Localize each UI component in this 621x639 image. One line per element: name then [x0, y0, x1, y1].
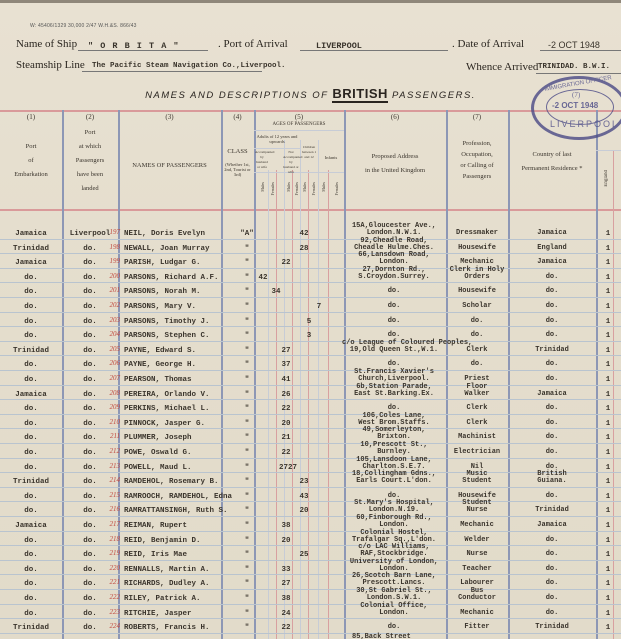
port-embarkation: do. [0, 288, 62, 296]
country-line: Jamaica [508, 259, 596, 266]
col7-header: Profession, Occupation, or Calling of Pa… [446, 138, 508, 182]
entry-number: 198 [100, 243, 120, 251]
proposed-address: 6b,Station Parade,East St.Barking.Ex. [342, 384, 446, 398]
port-arrival-label: . Port of Arrival [218, 38, 288, 50]
passenger-age: 27 [279, 580, 293, 588]
entry-number: 202 [100, 301, 120, 309]
entry-number: 214 [100, 476, 120, 484]
occupation: Clerk [446, 347, 508, 354]
country-line: Trinidad [508, 624, 596, 631]
entry-number: 223 [100, 608, 120, 616]
occupation-line: Student [446, 478, 508, 485]
country-line: do. [508, 493, 596, 500]
port-embarkation: do. [0, 580, 62, 588]
passenger-age: 43 [297, 493, 311, 501]
passenger-name: RILEY, Patrick A. [124, 595, 201, 603]
occupation: Dressmaker [446, 230, 508, 237]
england-count: 1 [602, 624, 614, 632]
proposed-address: do. [342, 318, 446, 325]
col7-line: Passengers [446, 171, 508, 182]
england-count: 1 [602, 274, 614, 282]
country-line: do. [508, 595, 596, 602]
port-embarkation: Jamaica [0, 391, 62, 399]
country-residence: do. [508, 551, 596, 558]
port-embarkation: Trinidad [0, 478, 62, 486]
occupation-line: Teacher [446, 566, 508, 573]
country-residence: do. [508, 537, 596, 544]
england-count: 1 [602, 376, 614, 384]
col6-line: Proposed Address [344, 150, 446, 164]
passenger-age: 5 [302, 318, 316, 326]
passenger-class: " [235, 566, 259, 574]
trailing-address: 85,Back Street [352, 633, 411, 639]
whence-label: Whence Arrived [466, 61, 538, 73]
occupation: Clerk in HolyOrders [446, 267, 508, 281]
passenger-name: PARISH, Ludgar G. [124, 259, 201, 267]
country-line: do. [508, 420, 596, 427]
address-line: do. [342, 288, 446, 295]
entry-number: 211 [100, 432, 120, 440]
occupation-line: Clerk [446, 405, 508, 412]
col4-header: CLASS [221, 145, 254, 159]
passenger-name: PARSONS, Timothy J. [124, 318, 210, 326]
passenger-age: 20 [297, 507, 311, 515]
eng-subheader-rule [596, 150, 621, 151]
passenger-class: "A" [235, 230, 259, 238]
occupation-line: Nurse [446, 507, 508, 514]
occupation-line: Machinist [446, 434, 508, 441]
page-edge [0, 0, 621, 3]
proposed-address: 30,St Gabriel St.,London.S.W.1. [342, 588, 446, 602]
occupation: Mechanic [446, 610, 508, 617]
port-embarkation: do. [0, 507, 62, 515]
passenger-age: 27 [279, 347, 293, 355]
country-line: Guiana. [508, 478, 596, 485]
port-embarkation: Jamaica [0, 230, 62, 238]
occupation-line: Welder [446, 537, 508, 544]
country-residence: Trinidad [508, 347, 596, 354]
ship-name-field: Name of Ship [16, 38, 77, 50]
passenger-age: 22 [279, 449, 293, 457]
country-residence: do. [508, 493, 596, 500]
occupation-line: Scholar [446, 303, 508, 310]
country-residence: Jamaica [508, 391, 596, 398]
proposed-address: 18,Collingham Gdns.,Earls Court.L'don. [342, 471, 446, 485]
country-residence: do. [508, 361, 596, 368]
passenger-class: " [235, 507, 259, 515]
col3-number: (3) [118, 113, 221, 121]
country-residence: do. [508, 332, 596, 339]
occupation: do. [446, 361, 508, 368]
passenger-class: " [235, 391, 259, 399]
country-residence: do. [508, 405, 596, 412]
port-embarkation: do. [0, 332, 62, 340]
england-count: 1 [602, 245, 614, 253]
entry-number: 209 [100, 403, 120, 411]
title-pre: NAMES AND DESCRIPTIONS OF [145, 90, 328, 101]
entry-number: 199 [100, 257, 120, 265]
title-post: PASSENGERS. [392, 90, 476, 101]
country-line: do. [508, 449, 596, 456]
occupation: Clerk [446, 405, 508, 412]
col2-line: at which [62, 140, 118, 154]
england-count: 1 [602, 493, 614, 501]
england-count: 1 [602, 537, 614, 545]
port-embarkation: do. [0, 420, 62, 428]
address-line: S.Croydon.Surrey. [342, 274, 446, 281]
proposed-address: University of London,London. [342, 559, 446, 573]
address-line: London.S.W.1. [342, 595, 446, 602]
proposed-address: 92,Cheadle Road,Cheadle Hulme.Ches. [342, 238, 446, 252]
entry-number: 208 [100, 389, 120, 397]
header-bottom-rule [0, 209, 621, 211]
england-count: 1 [602, 332, 614, 340]
males-label: Males [286, 182, 291, 192]
occupation: do. [446, 318, 508, 325]
england-count: 1 [602, 434, 614, 442]
col2-header: Port at which Passengers have been lande… [62, 126, 118, 196]
country-line: do. [508, 361, 596, 368]
country-line: do. [508, 405, 596, 412]
passenger-age: 24 [279, 610, 293, 618]
address-line: 19,Old Queen St.,W.1. [342, 347, 446, 354]
entry-number: 219 [100, 549, 120, 557]
address-line: Burnley. [342, 449, 446, 456]
age-subheader-rule [254, 148, 300, 149]
passenger-age: 22 [279, 259, 293, 267]
occupation: Welder [446, 537, 508, 544]
whence-arrived-value: TRINIDAD. B.W.I. [538, 63, 610, 71]
address-line: do. [342, 303, 446, 310]
passenger-name: PINNOCK, Jasper G. [124, 420, 205, 428]
col1-line: of [0, 154, 62, 168]
occupation-line: do. [446, 361, 508, 368]
england-count: 1 [602, 230, 614, 238]
proposed-address: St.Francis Xavier'sChurch,Liverpool. [342, 369, 446, 383]
england-count: 1 [602, 478, 614, 486]
country-line: Jamaica [508, 522, 596, 529]
address-line: Church,Liverpool. [342, 376, 446, 383]
occupation-line: Electrician [446, 449, 508, 456]
passenger-class: " [235, 537, 259, 545]
col4-number: (4) [221, 113, 254, 121]
col6-line: in the United Kingdom [344, 164, 446, 178]
entry-number: 197 [100, 228, 120, 236]
occupation: Nurse [446, 551, 508, 558]
passenger-name: REID, Iris Mae [124, 551, 187, 559]
country-residence: do. [508, 580, 596, 587]
proposed-address: c/o LAC Williams,RAF,Stockbridge. [342, 544, 446, 558]
country-residence: do. [508, 595, 596, 602]
port-embarkation: do. [0, 610, 62, 618]
passenger-name: REID, Benjamin D. [124, 537, 201, 545]
occupation: Electrician [446, 449, 508, 456]
country-line: do. [508, 288, 596, 295]
proposed-address: 106,Coles Lane,West Brom.Staffs. [342, 413, 446, 427]
port-embarkation: do. [0, 361, 62, 369]
passenger-class: " [235, 624, 259, 632]
country-line: Trinidad [508, 507, 596, 514]
port-embarkation: do. [0, 537, 62, 545]
occupation-line: do. [446, 318, 508, 325]
entry-number: 224 [100, 622, 120, 630]
passenger-class: " [235, 245, 259, 253]
passenger-age: 26 [279, 391, 293, 399]
passenger-age: 38 [279, 595, 293, 603]
entry-number: 204 [100, 330, 120, 338]
males-label: Males [321, 182, 326, 192]
port-embarkation: do. [0, 405, 62, 413]
proposed-address: 15A,Gloucester Ave.,London.N.W.1. [342, 223, 446, 237]
passenger-class: " [235, 347, 259, 355]
date-label: Date of Arrival [458, 38, 525, 50]
passenger-class: " [235, 464, 259, 472]
proposed-address: do. [342, 624, 446, 631]
col7-line: Occupation, [446, 149, 508, 160]
passenger-name: PAYNE, George H. [124, 361, 196, 369]
occupation: BusConductor [446, 588, 508, 602]
occupation-line: Orders [446, 274, 508, 281]
country-residence: do. [508, 420, 596, 427]
col3-header: NAMES OF PASSENGERS [118, 159, 221, 173]
passenger-name: NEIL, Doris Evelyn [124, 230, 205, 238]
col1-line: Port [0, 140, 62, 154]
accompanied-header: Accompanied by husband or wife [255, 150, 269, 170]
england-count: 1 [602, 303, 614, 311]
country-line: do. [508, 610, 596, 617]
passenger-age: 38 [279, 522, 293, 530]
occupation: StudentNurse [446, 500, 508, 514]
port-embarkation: do. [0, 318, 62, 326]
passenger-name: RAMROOCH, RAMDEHOL, Edna [124, 493, 232, 501]
proposed-address: do. [342, 288, 446, 295]
passenger-age: 25 [297, 551, 311, 559]
stamp-number: (7) [572, 91, 580, 99]
proposed-address: 26,Scotch Barn Lane,Prescott.Lancs. [342, 573, 446, 587]
port-embarkation: Trinidad [0, 245, 62, 253]
country-residence: do. [508, 449, 596, 456]
entry-number: 213 [100, 462, 120, 470]
country-residence: do. [508, 274, 596, 281]
col2-line: have been [62, 168, 118, 182]
occupation-line: Dressmaker [446, 230, 508, 237]
port-embarkation: do. [0, 274, 62, 282]
port-label: Port of Arrival [224, 38, 288, 50]
entry-number: 220 [100, 564, 120, 572]
col2-line: landed [62, 182, 118, 196]
proposed-address: Colonial Office,London. [342, 603, 446, 617]
port-embarkation: Trinidad [0, 624, 62, 632]
title-emphasis: BRITISH [332, 86, 388, 103]
country-line: do. [508, 274, 596, 281]
passenger-class: " [235, 551, 259, 559]
port-embarkation: Jamaica [0, 522, 62, 530]
england-count: 1 [602, 464, 614, 472]
passenger-age: 42 [297, 230, 311, 238]
passenger-age: 22 [279, 624, 293, 632]
children-header: Children between 1 and 12 [300, 145, 318, 160]
females-label: Females [334, 182, 339, 195]
country-residence: Trinidad [508, 507, 596, 514]
passenger-name: PARSONS, Stephen C. [124, 332, 210, 340]
proposed-address: 60,Finborough Rd.,London. [342, 515, 446, 529]
col2-number: (2) [62, 113, 118, 121]
age-subheader-rule [254, 130, 344, 131]
port-embarkation: do. [0, 464, 62, 472]
passenger-age: 20 [279, 537, 293, 545]
proposed-address: do. [342, 303, 446, 310]
port-embarkation: Jamaica [0, 259, 62, 267]
country-residence: Trinidad [508, 624, 596, 631]
steamship-line-value: The Pacific Steam Navigation Co.,Liverpo… [92, 62, 286, 70]
males-label: Males [260, 182, 265, 192]
country-line: do. [508, 537, 596, 544]
passenger-age: 42 [256, 274, 270, 282]
print-reference: W: 45406/1329 30,000 2/47 W.H.&S. 866/43 [30, 23, 137, 29]
passenger-age: 3 [302, 332, 316, 340]
country-residence: do. [508, 376, 596, 383]
passenger-class: " [235, 361, 259, 369]
port-embarkation: do. [0, 434, 62, 442]
england-count: 1 [602, 347, 614, 355]
country-line: do. [508, 551, 596, 558]
occupation-line: Nurse [446, 551, 508, 558]
passenger-name: ROBERTS, Francis H. [124, 624, 210, 632]
address-line: London. [342, 610, 446, 617]
entry-number: 201 [100, 286, 120, 294]
country-line: do. [508, 318, 596, 325]
col1-line: Embarkation [0, 168, 62, 182]
entry-number: 210 [100, 418, 120, 426]
entry-number: 212 [100, 447, 120, 455]
passenger-name: RICHARDS, Dudley A. [124, 580, 210, 588]
entry-number: 221 [100, 578, 120, 586]
passenger-class: " [235, 595, 259, 603]
stamp-city: LIVERPOOL [550, 119, 619, 129]
england-count: 1 [602, 595, 614, 603]
entry-number: 215 [100, 491, 120, 499]
country-line: Jamaica [508, 391, 596, 398]
proposed-address: 66,Lansdown Road,London. [342, 252, 446, 266]
passenger-name: PARSONS, Norah M. [124, 288, 201, 296]
england-count: 1 [602, 420, 614, 428]
col7-line: or Calling of [446, 160, 508, 171]
col5-header: AGES OF PASSENGERS [254, 122, 344, 127]
ship-label: Name of Ship [16, 38, 77, 50]
females-label: Females [294, 182, 299, 195]
passenger-age: 21 [279, 434, 293, 442]
country-residence: Jamaica [508, 259, 596, 266]
entry-number: 217 [100, 520, 120, 528]
country-residence: do. [508, 610, 596, 617]
passenger-class: " [235, 420, 259, 428]
not-accompanied-header: Not Accompanied by husband or wife [283, 150, 299, 175]
col2-line: Port [62, 126, 118, 140]
date-arrival-value: -2 OCT 1948 [548, 40, 600, 50]
occupation-line: Mechanic [446, 522, 508, 529]
immigration-stamp: IMMIGRATION OFFICER (7) -2 OCT 1948 LIVE… [531, 76, 621, 140]
address-line: do. [342, 624, 446, 631]
manifest-sheet: W: 45406/1329 30,000 2/47 W.H.&S. 866/43… [0, 0, 621, 639]
occupation: Priest [446, 376, 508, 383]
passenger-age: 2727 [279, 464, 293, 472]
passenger-age: 22 [279, 405, 293, 413]
col8-header: Country of last Permanent Residence * [508, 148, 596, 176]
england-count: 1 [602, 361, 614, 369]
passenger-age: 7 [312, 303, 326, 311]
passenger-class: " [235, 288, 259, 296]
occupation-line: Clerk [446, 347, 508, 354]
passenger-name: PEREIRA, Orlando V. [124, 391, 210, 399]
passenger-age: 33 [279, 566, 293, 574]
country-line: England [508, 245, 596, 252]
country-line: do. [508, 376, 596, 383]
proposed-address: St.Mary's Hospital,London.N.19. [342, 500, 446, 514]
adults-header: Adults of 12 years and upwards [256, 134, 298, 144]
col1-number: (1) [0, 113, 62, 121]
country-residence: do. [508, 566, 596, 573]
port-embarkation: do. [0, 551, 62, 559]
passenger-class: " [235, 259, 259, 267]
port-embarkation: do. [0, 595, 62, 603]
proposed-address: c/o League of Coloured Peoples,19,Old Qu… [342, 340, 446, 354]
passenger-name: RAMRATTANSINGH, Ruth S. [124, 507, 228, 515]
occupation: Machinist [446, 434, 508, 441]
col7-line: Profession, [446, 138, 508, 149]
occupation-line: Fitter [446, 624, 508, 631]
passenger-class: " [235, 449, 259, 457]
country-residence: do. [508, 303, 596, 310]
passenger-name: POWE, Oswald G. [124, 449, 192, 457]
occupation-line: Housewife [446, 288, 508, 295]
occupation: Housewife [446, 245, 508, 252]
occupation-line: Priest [446, 376, 508, 383]
stamp-date: -2 OCT 1948 [552, 101, 598, 110]
port-embarkation: do. [0, 449, 62, 457]
passenger-class: " [235, 580, 259, 588]
occupation-line: Walker [446, 391, 508, 398]
passenger-class: " [235, 610, 259, 618]
passenger-name: PARSONS, Richard A.F. [124, 274, 219, 282]
occupation: Clerk [446, 420, 508, 427]
entry-number: 218 [100, 535, 120, 543]
passenger-name: PLUMMER, Joseph [124, 434, 192, 442]
age-subheader-rule [254, 172, 344, 173]
england-count: 1 [602, 259, 614, 267]
country-line: Trinidad [508, 347, 596, 354]
country-line: Jamaica [508, 230, 596, 237]
address-line: London. [342, 522, 446, 529]
passenger-name: NEWALL, Joan Murray [124, 245, 210, 253]
females-label: Females [311, 182, 316, 195]
england-count: 1 [602, 551, 614, 559]
country-residence: Jamaica [508, 522, 596, 529]
occupation: Scholar [446, 303, 508, 310]
occupation: Mechanic [446, 522, 508, 529]
england-count: 1 [602, 566, 614, 574]
england-count: 1 [602, 507, 614, 515]
address-line: London.N.W.1. [342, 230, 446, 237]
occupation-line: Clerk [446, 420, 508, 427]
col2-line: Passengers [62, 154, 118, 168]
england-label: England [604, 170, 609, 187]
passenger-name: POWELL, Maud L. [124, 464, 192, 472]
proposed-address: 49,Somerleyton,Brixton. [342, 427, 446, 441]
passenger-class: " [235, 376, 259, 384]
passenger-age: 41 [279, 376, 293, 384]
passenger-class: " [235, 522, 259, 530]
passenger-age: 23 [297, 478, 311, 486]
